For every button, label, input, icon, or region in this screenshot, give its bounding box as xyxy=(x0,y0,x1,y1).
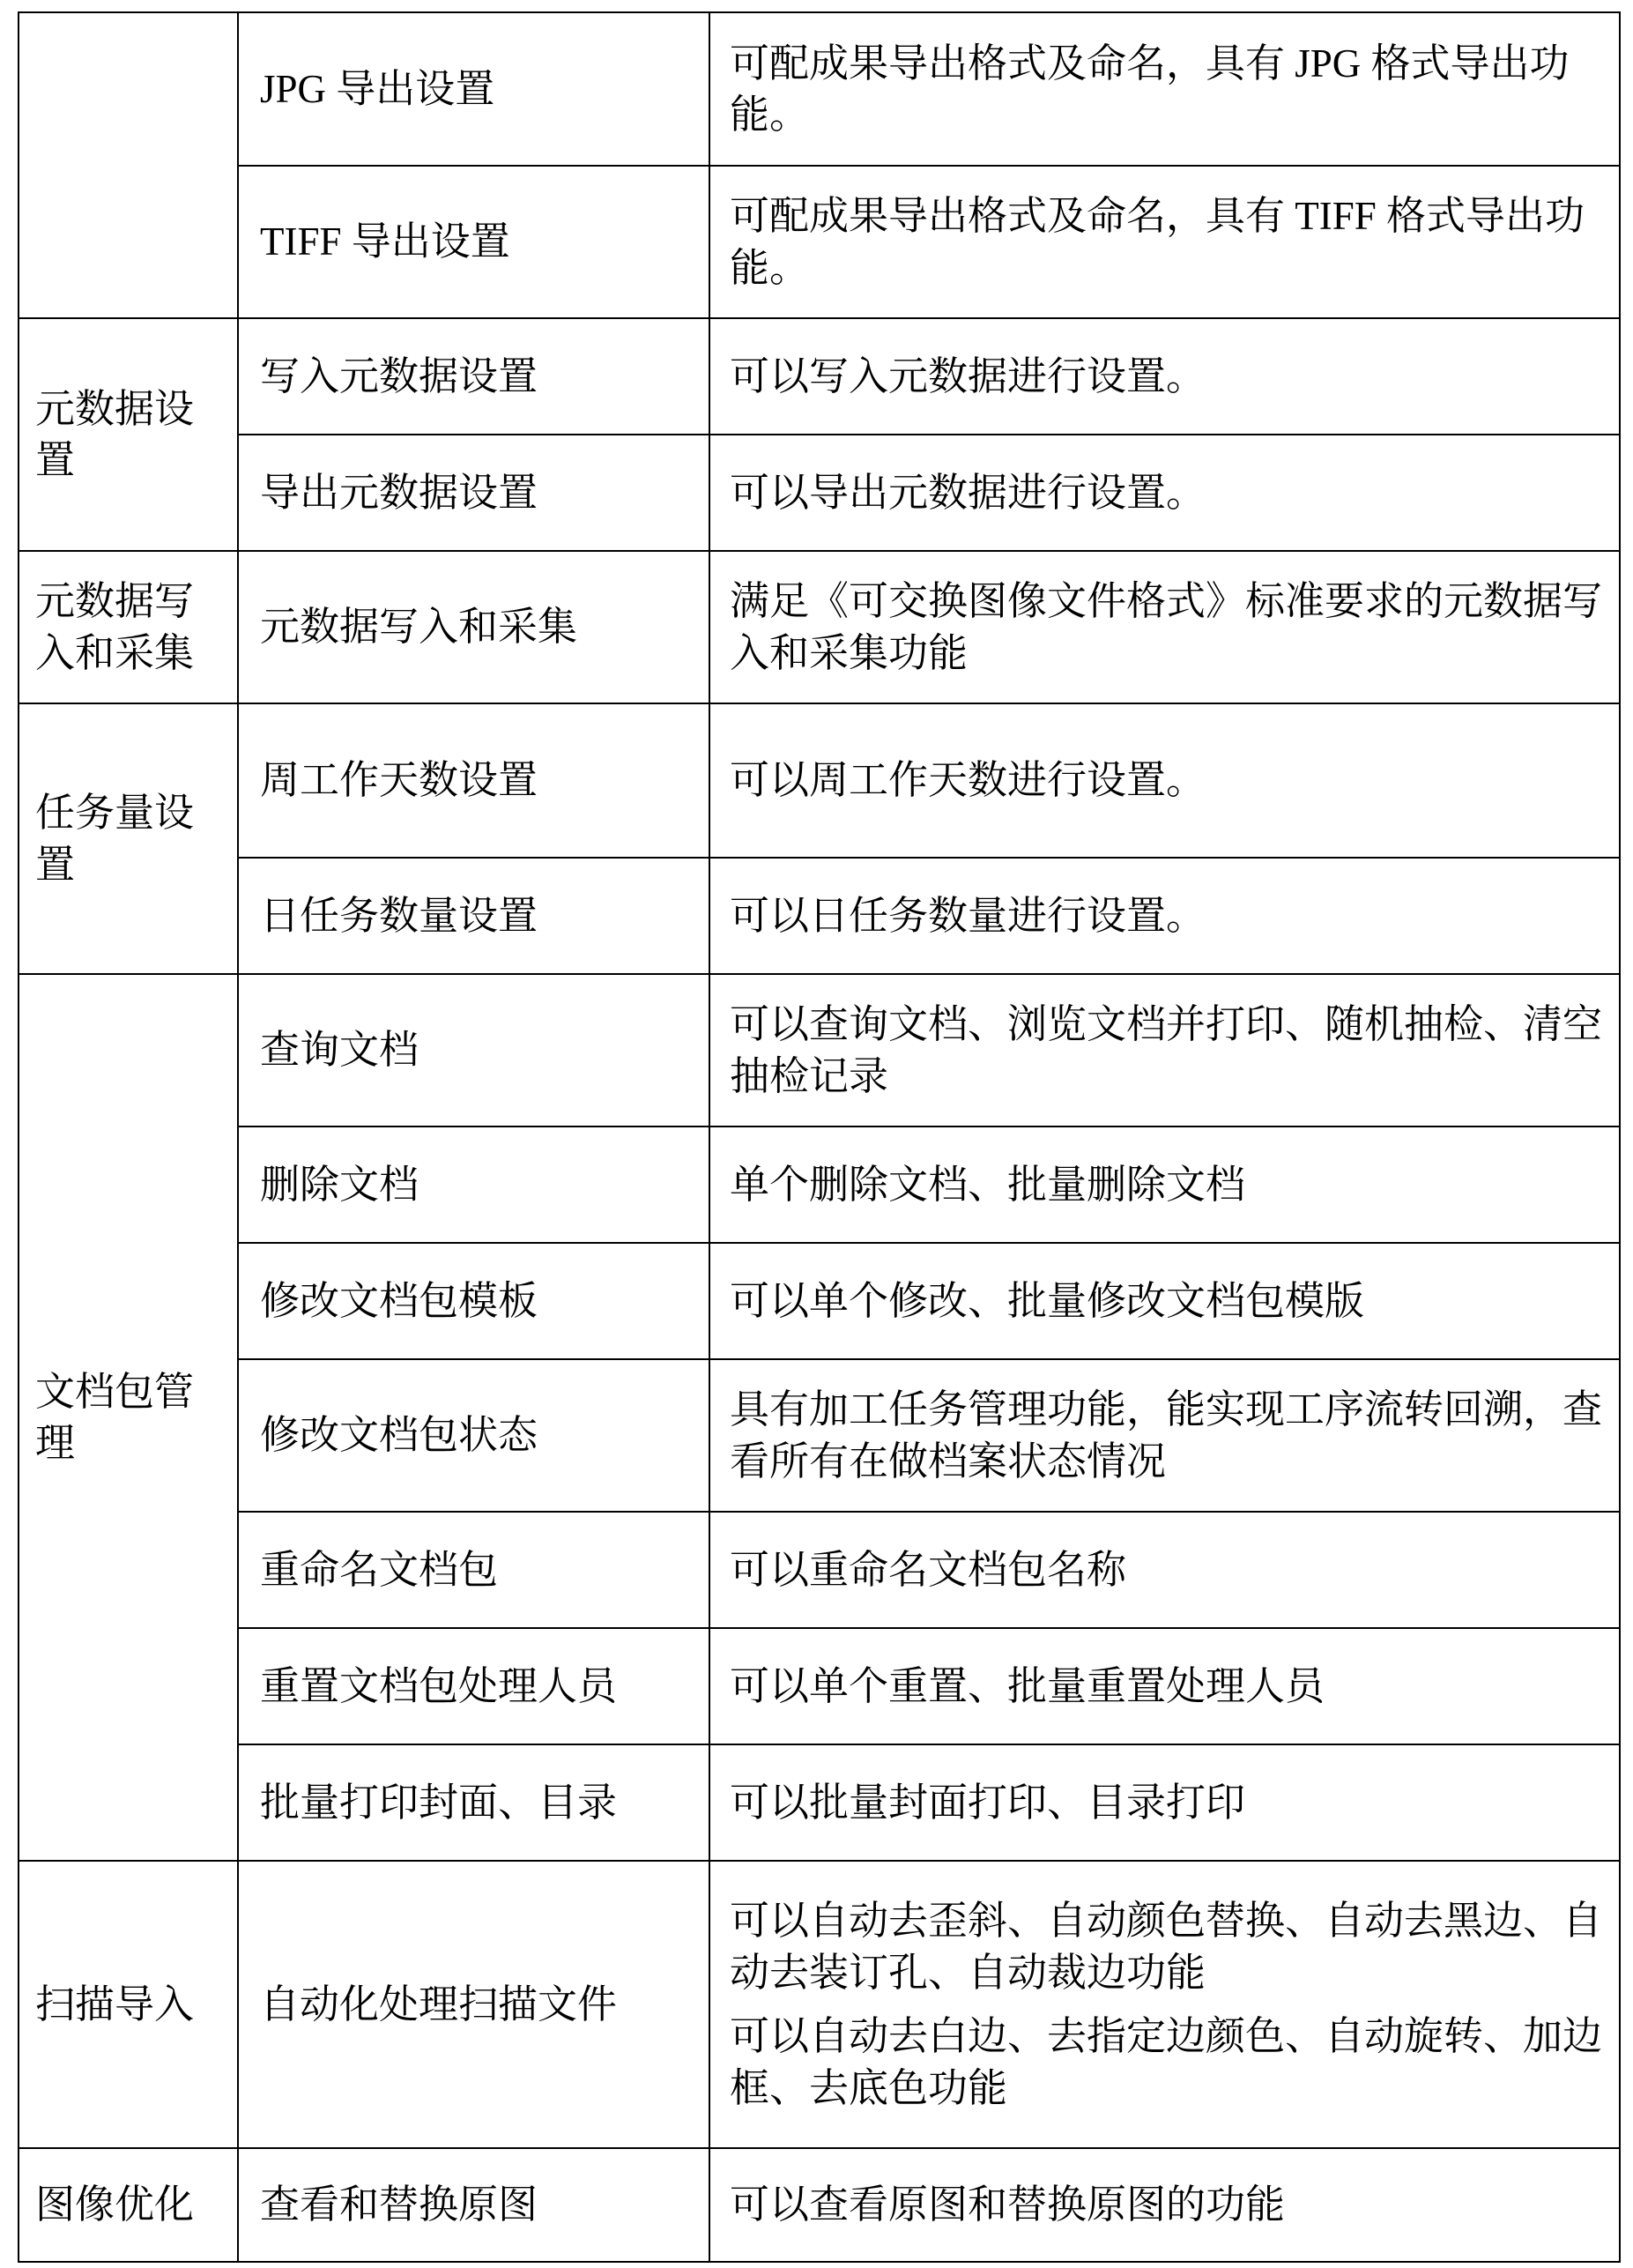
description-cell: 可以写入元数据进行设置。 xyxy=(709,317,1621,435)
feature-label: 批量打印封面、目录 xyxy=(260,1777,696,1829)
feature-label: 查看和替换原图 xyxy=(260,2179,696,2231)
description-text: 可以自动去歪斜、自动颜色替换、自动去黑边、自动去装订孔、自动裁边功能 xyxy=(730,1895,1603,1998)
feature-cell: 删除文档 xyxy=(237,1126,710,1244)
feature-cell: 查看和替换原图 xyxy=(237,2147,710,2263)
feature-label: 周工作天数设置 xyxy=(260,755,696,807)
description-text: 可配成果导出格式及命名，具有 TIFF 格式导出功能。 xyxy=(730,190,1603,294)
description-cell: 可以批量封面打印、目录打印 xyxy=(709,1744,1621,1862)
description-text: 可以重命名文档包名称 xyxy=(730,1544,1603,1596)
feature-label: TIFF 导出设置 xyxy=(260,216,696,268)
description-cell: 单个删除文档、批量删除文档 xyxy=(709,1126,1621,1244)
group-cell-scan-import: 扫描导入 xyxy=(18,1860,239,2149)
group-label: 元数据写入和采集 xyxy=(35,576,225,679)
feature-label: 查询文档 xyxy=(260,1024,696,1076)
description-text: 可以周工作天数进行设置。 xyxy=(730,755,1603,807)
feature-cell: 修改文档包模板 xyxy=(237,1242,710,1360)
group-label: 文档包管理 xyxy=(35,1366,225,1469)
description-text: 可以写入元数据进行设置。 xyxy=(730,351,1603,403)
description-cell: 可配成果导出格式及命名，具有 JPG 格式导出功能。 xyxy=(709,11,1621,167)
feature-label: 重置文档包处理人员 xyxy=(260,1661,696,1713)
description-cell: 可以周工作天数进行设置。 xyxy=(709,703,1621,859)
description-text: 可以批量封面打印、目录打印 xyxy=(730,1777,1603,1829)
feature-cell: 导出元数据设置 xyxy=(237,434,710,552)
feature-label: 修改文档包模板 xyxy=(260,1275,696,1327)
description-text: 满足《可交换图像文件格式》标准要求的元数据写入和采集功能 xyxy=(730,576,1603,679)
description-cell: 可以重命名文档包名称 xyxy=(709,1511,1621,1629)
feature-cell: 查询文档 xyxy=(237,973,710,1127)
feature-label: 日任务数量设置 xyxy=(260,890,696,942)
description-text: 可以查询文档、浏览文档并打印、随机抽检、清空抽检记录 xyxy=(730,999,1603,1102)
group-cell-empty xyxy=(18,11,239,319)
description-text: 可以导出元数据进行设置。 xyxy=(730,467,1603,519)
feature-cell: 重命名文档包 xyxy=(237,1511,710,1629)
feature-label: JPG 导出设置 xyxy=(260,63,696,115)
group-cell-package-management: 文档包管理 xyxy=(18,973,239,1862)
feature-label: 写入元数据设置 xyxy=(260,351,696,403)
group-label: 图像优化 xyxy=(35,2179,225,2231)
group-cell-image-optimization: 图像优化 xyxy=(18,2147,239,2263)
description-cell: 可以单个重置、批量重置处理人员 xyxy=(709,1627,1621,1745)
feature-label: 修改文档包状态 xyxy=(260,1409,696,1461)
group-cell-metadata-write-collect: 元数据写入和采集 xyxy=(18,550,239,704)
feature-cell: TIFF 导出设置 xyxy=(237,165,710,319)
feature-cell: 重置文档包处理人员 xyxy=(237,1627,710,1745)
feature-cell: 周工作天数设置 xyxy=(237,703,710,859)
description-text: 可以查看原图和替换原图的功能 xyxy=(730,2179,1603,2231)
feature-cell: 日任务数量设置 xyxy=(237,857,710,975)
feature-specification-table: 元数据设置 元数据写入和采集 任务量设置 文档包管理 扫描导入 图像优化 JPG… xyxy=(0,0,1633,2268)
feature-cell: 修改文档包状态 xyxy=(237,1358,710,1513)
description-cell: 可以日任务数量进行设置。 xyxy=(709,857,1621,975)
feature-label: 自动化处理扫描文件 xyxy=(260,1979,696,2031)
description-text: 具有加工任务管理功能，能实现工序流转回溯，查看所有在做档案状态情况 xyxy=(730,1384,1603,1487)
description-cell: 满足《可交换图像文件格式》标准要求的元数据写入和采集功能 xyxy=(709,550,1621,704)
feature-label: 重命名文档包 xyxy=(260,1544,696,1596)
description-cell: 可以查看原图和替换原图的功能 xyxy=(709,2147,1621,2263)
description-text: 可以自动去白边、去指定边颜色、自动旋转、加边框、去底色功能 xyxy=(730,2011,1603,2114)
group-cell-task-settings: 任务量设置 xyxy=(18,703,239,975)
description-text: 可以日任务数量进行设置。 xyxy=(730,890,1603,942)
feature-label: 导出元数据设置 xyxy=(260,467,696,519)
feature-cell: 元数据写入和采集 xyxy=(237,550,710,704)
feature-label: 删除文档 xyxy=(260,1159,696,1211)
description-cell: 具有加工任务管理功能，能实现工序流转回溯，查看所有在做档案状态情况 xyxy=(709,1358,1621,1513)
description-cell: 可以查询文档、浏览文档并打印、随机抽检、清空抽检记录 xyxy=(709,973,1621,1127)
description-text: 可以单个重置、批量重置处理人员 xyxy=(730,1661,1603,1713)
description-cell: 可以自动去歪斜、自动颜色替换、自动去黑边、自动去装订孔、自动裁边功能 可以自动去… xyxy=(709,1860,1621,2149)
group-cell-metadata-settings: 元数据设置 xyxy=(18,317,239,552)
description-cell: 可配成果导出格式及命名，具有 TIFF 格式导出功能。 xyxy=(709,165,1621,319)
description-cell: 可以导出元数据进行设置。 xyxy=(709,434,1621,552)
feature-cell: 批量打印封面、目录 xyxy=(237,1744,710,1862)
description-text: 可配成果导出格式及命名，具有 JPG 格式导出功能。 xyxy=(730,38,1603,141)
group-label: 元数据设置 xyxy=(35,383,225,487)
feature-cell: 自动化处理扫描文件 xyxy=(237,1860,710,2149)
feature-cell: 写入元数据设置 xyxy=(237,317,710,435)
description-text: 单个删除文档、批量删除文档 xyxy=(730,1159,1603,1211)
group-label: 扫描导入 xyxy=(35,1979,225,2031)
feature-cell: JPG 导出设置 xyxy=(237,11,710,167)
group-label: 任务量设置 xyxy=(35,787,225,890)
description-text: 可以单个修改、批量修改文档包模版 xyxy=(730,1275,1603,1327)
description-cell: 可以单个修改、批量修改文档包模版 xyxy=(709,1242,1621,1360)
feature-label: 元数据写入和采集 xyxy=(260,601,696,653)
